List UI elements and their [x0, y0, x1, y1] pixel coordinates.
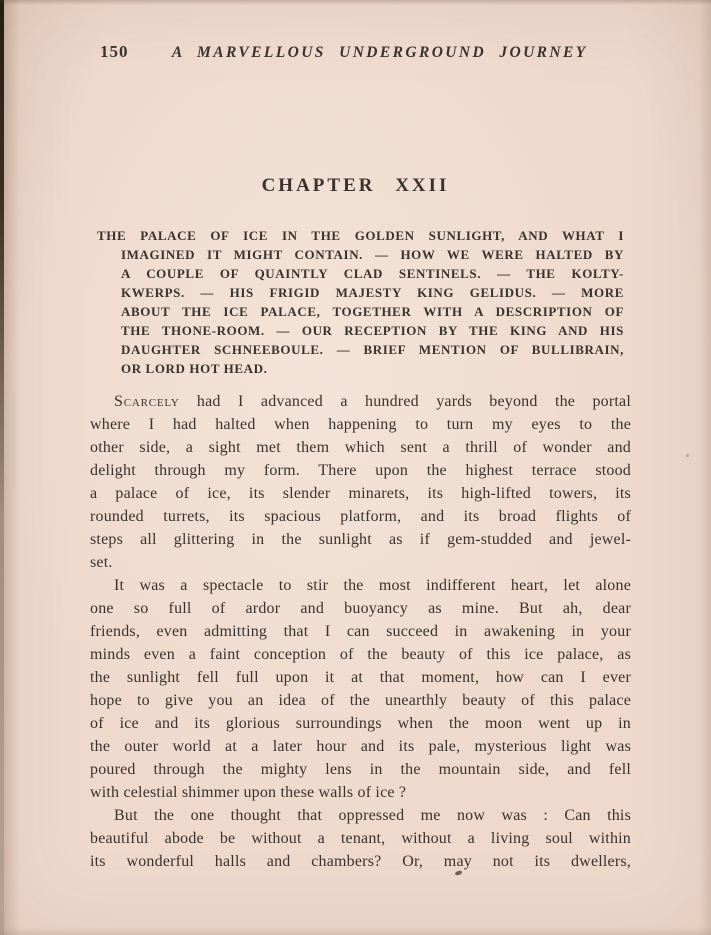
ink-speck — [686, 454, 689, 457]
text-line: set. — [90, 551, 631, 574]
summary-line: A COUPLE OF QUAINTLY CLAD SENTINELS. — T… — [97, 264, 624, 283]
summary-line: ABOUT THE ICE PALACE, TOGETHER WITH A DE… — [97, 302, 624, 321]
scan-shadow-right — [699, 0, 711, 935]
scan-shadow-left — [4, 0, 20, 935]
text-line: rounded turrets, its spacious platform, … — [90, 505, 631, 528]
paragraph-lead: Scarcely — [114, 393, 180, 410]
text-line: with celestial shimmer upon these walls … — [90, 781, 631, 804]
page-number: 150 — [100, 42, 129, 62]
summary-line: THE THONE-ROOM. — OUR RECEPTION BY THE K… — [97, 321, 624, 340]
text-line: of ice and its glorious surroundings whe… — [90, 712, 631, 735]
text-line: the sunlight fell full upon it at that m… — [90, 666, 631, 689]
chapter-heading: CHAPTER XXII — [0, 175, 711, 197]
text-line: poured through the mighty lens in the mo… — [90, 758, 631, 781]
book-page: 150 A MARVELLOUS UNDERGROUND JOURNEY CHA… — [0, 0, 711, 935]
text-line: steps all glittering in the sunlight as … — [90, 528, 631, 551]
text-line: But the one thought that oppressed me no… — [90, 804, 631, 827]
summary-line: DAUGHTER SCHNEEBOULE. — BRIEF MENTION OF… — [97, 340, 624, 359]
chapter-summary: THE PALACE OF ICE IN THE GOLDEN SUNLIGHT… — [97, 226, 624, 378]
text-line: other side, a sight met them which sent … — [90, 436, 631, 459]
summary-line: OR LORD HOT HEAD. — [97, 359, 624, 378]
text-line: It was a spectacle to stir the most indi… — [90, 574, 631, 597]
summary-line: THE PALACE OF ICE IN THE GOLDEN SUNLIGHT… — [97, 226, 624, 245]
summary-line: KWERPS. — HIS FRIGID MAJESTY KING GELIDU… — [97, 283, 624, 302]
text-line: where I had halted when happening to tur… — [90, 413, 631, 436]
summary-line: IMAGINED IT MIGHT CONTAIN. — HOW WE WERE… — [97, 245, 624, 264]
running-title: A MARVELLOUS UNDERGROUND JOURNEY — [129, 44, 632, 62]
text-line: delight through my form. There upon the … — [90, 459, 631, 482]
body-text: Scarcely had I advanced a hundred yards … — [90, 390, 631, 873]
scan-shadow-bottom — [0, 927, 711, 935]
text-line: minds even a faint conception of the bea… — [90, 643, 631, 666]
text-line: beautiful abode be without a tenant, wit… — [90, 827, 631, 850]
text-line: its wonderful halls and chambers? Or, ma… — [90, 850, 631, 873]
scan-shadow-top — [0, 0, 711, 5]
ink-speck — [455, 870, 463, 876]
text-line: hope to give you an idea of the unearthl… — [90, 689, 631, 712]
running-header: 150 A MARVELLOUS UNDERGROUND JOURNEY — [100, 42, 631, 62]
text-line: a palace of ice, its slender minarets, i… — [90, 482, 631, 505]
text-line: the outer world at a later hour and its … — [90, 735, 631, 758]
text-line: Scarcely had I advanced a hundred yards … — [90, 390, 631, 413]
text-line: one so full of ardor and buoyancy as min… — [90, 597, 631, 620]
text-line: friends, even admitting that I can succe… — [90, 620, 631, 643]
